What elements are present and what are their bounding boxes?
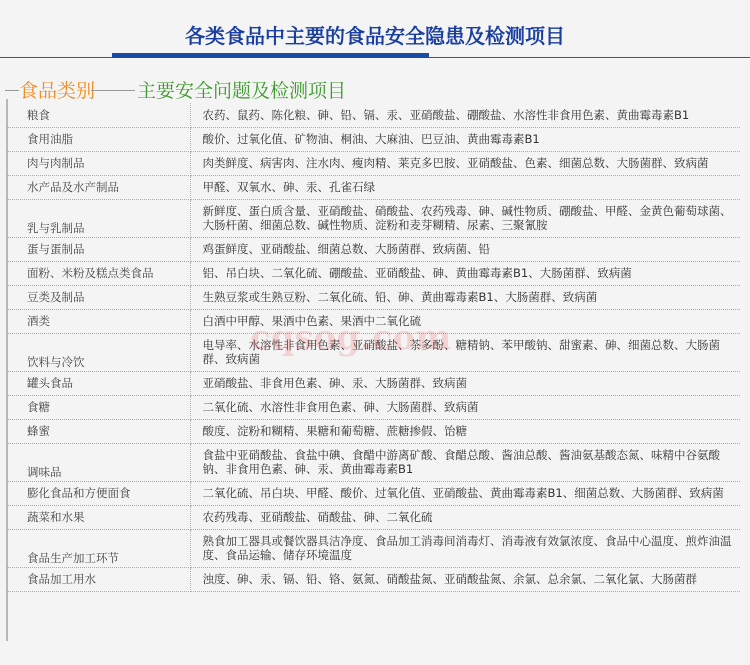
items-cell: 白酒中甲醇、果酒中色素、果酒中二氧化硫 [190,309,740,333]
items-cell: 甲醛、双氧水、砷、汞、孔雀石绿 [190,175,740,199]
table-row: 食用油脂酸价、过氧化值、矿物油、桐油、大麻油、巴豆油、黄曲霉毒素B1 [7,127,740,151]
category-cell: 水产品及水产制品 [7,175,190,199]
category-cell: 食糖 [7,395,190,419]
category-cell: 酒类 [7,309,190,333]
table-row: 食品加工用水浊度、砷、汞、镉、铅、铬、氨氮、硝酸盐氮、亚硝酸盐氮、余氯、总余氯、… [7,567,740,591]
table-row: 蜂蜜酸度、淀粉和糊精、果糖和葡萄糖、蔗糖掺假、饴糖 [7,419,740,443]
category-cell: 乳与乳制品 [7,199,190,237]
table-row: 豆类及制品生熟豆浆或生熟豆粉、二氧化硫、铅、砷、黄曲霉毒素B1、大肠菌群、致病菌 [7,285,740,309]
items-cell: 亚硝酸盐、非食用色素、砷、汞、大肠菌群、致病菌 [190,371,740,395]
table-row: 食糖二氧化硫、水溶性非食用色素、砷、大肠菌群、致病菌 [7,395,740,419]
category-cell: 膨化食品和方便面食 [7,481,190,505]
category-cell: 面粉、米粉及糕点类食品 [7,261,190,285]
title-underline-bar [112,53,429,58]
page-header: 各类食品中主要的食品安全隐患及检测项目 [0,0,750,60]
table-row: 调味品食盐中亚硝酸盐、食盐中碘、食醋中游离矿酸、食醋总酸、酱油总酸、酱油氨基酸态… [7,443,740,481]
food-safety-table: 粮食农药、鼠药、陈化粮、砷、铅、镉、汞、亚硝酸盐、硼酸盐、水溶性非食用色素、黄曲… [7,103,740,592]
items-cell: 生熟豆浆或生熟豆粉、二氧化硫、铅、砷、黄曲霉毒素B1、大肠菌群、致病菌 [190,285,740,309]
page-title: 各类食品中主要的食品安全隐患及检测项目 [0,20,750,49]
table-row: 蔬菜和水果农药残毒、亚硝酸盐、硝酸盐、砷、二氧化硫 [7,505,740,529]
category-heading: 食品类别 [19,76,95,103]
table-row: 面粉、米粉及糕点类食品铝、吊白块、二氧化硫、硼酸盐、亚硝酸盐、砷、黄曲霉毒素B1… [7,261,740,285]
items-cell: 二氧化硫、吊白块、甲醛、酸价、过氧化值、亚硝酸盐、黄曲霉毒素B1、细菌总数、大肠… [190,481,740,505]
table-row: 水产品及水产制品甲醛、双氧水、砷、汞、孔雀石绿 [7,175,740,199]
items-heading: 主要安全问题及检测项目 [137,76,346,103]
category-cell: 蔬菜和水果 [7,505,190,529]
items-cell: 酸价、过氧化值、矿物油、桐油、大麻油、巴豆油、黄曲霉毒素B1 [190,127,740,151]
category-cell: 豆类及制品 [7,285,190,309]
category-cell: 食品加工用水 [7,567,190,591]
table-row: 饮料与冷饮电导率、水溶性非食用色素、亚硝酸盐、茶多酚、糖精钠、苯甲酸钠、甜蜜素、… [7,333,740,371]
category-cell: 饮料与冷饮 [7,333,190,371]
category-cell: 调味品 [7,443,190,481]
items-cell: 鸡蛋鲜度、亚硝酸盐、细菌总数、大肠菌群、致病菌、铅 [190,237,740,261]
category-cell: 肉与肉制品 [7,151,190,175]
table-row: 酒类白酒中甲醇、果酒中色素、果酒中二氧化硫 [7,309,740,333]
items-cell: 酸度、淀粉和糊精、果糖和葡萄糖、蔗糖掺假、饴糖 [190,419,740,443]
table-row: 膨化食品和方便面食二氧化硫、吊白块、甲醛、酸价、过氧化值、亚硝酸盐、黄曲霉毒素B… [7,481,740,505]
category-cell: 罐头食品 [7,371,190,395]
table-row: 蛋与蛋制品鸡蛋鲜度、亚硝酸盐、细菌总数、大肠菌群、致病菌、铅 [7,237,740,261]
category-cell: 蛋与蛋制品 [7,237,190,261]
category-cell: 粮食 [7,103,190,127]
category-cell: 蜂蜜 [7,419,190,443]
table-row: 粮食农药、鼠药、陈化粮、砷、铅、镉、汞、亚硝酸盐、硼酸盐、水溶性非食用色素、黄曲… [7,103,740,127]
table-row: 肉与肉制品肉类鲜度、病害肉、注水肉、瘦肉精、莱克多巴胺、亚硝酸盐、色素、细菌总数… [7,151,740,175]
items-cell: 铝、吊白块、二氧化硫、硼酸盐、亚硝酸盐、砷、黄曲霉毒素B1、大肠菌群、致病菌 [190,261,740,285]
table-row: 乳与乳制品新鲜度、蛋白质含量、亚硝酸盐、硝酸盐、农药残毒、砷、碱性物质、硼酸盐、… [7,199,740,237]
category-cell: 食用油脂 [7,127,190,151]
table-row: 罐头食品亚硝酸盐、非食用色素、砷、汞、大肠菌群、致病菌 [7,371,740,395]
category-cell: 食品生产加工环节 [7,529,190,567]
items-cell: 熟食加工器具或餐饮器具洁净度、食品加工消毒间消毒灯、消毒液有效氯浓度、食品中心温… [190,529,740,567]
items-cell: 新鲜度、蛋白质含量、亚硝酸盐、硝酸盐、农药残毒、砷、碱性物质、硼酸盐、甲醛、金黄… [190,199,740,237]
decorative-line [91,90,135,91]
items-cell: 浊度、砷、汞、镉、铅、铬、氨氮、硝酸盐氮、亚硝酸盐氮、余氯、总余氯、二氧化氯、大… [190,567,740,591]
items-cell: 农药残毒、亚硝酸盐、硝酸盐、砷、二氧化硫 [190,505,740,529]
items-cell: 二氧化硫、水溶性非食用色素、砷、大肠菌群、致病菌 [190,395,740,419]
items-cell: 食盐中亚硝酸盐、食盐中碘、食醋中游离矿酸、食醋总酸、酱油总酸、酱油氨基酸态氮、味… [190,443,740,481]
items-cell: 农药、鼠药、陈化粮、砷、铅、镉、汞、亚硝酸盐、硼酸盐、水溶性非食用色素、黄曲霉毒… [190,103,740,127]
decorative-line [5,90,19,91]
table-row: 食品生产加工环节熟食加工器具或餐饮器具洁净度、食品加工消毒间消毒灯、消毒液有效氯… [7,529,740,567]
items-cell: 电导率、水溶性非食用色素、亚硝酸盐、茶多酚、糖精钠、苯甲酸钠、甜蜜素、砷、细菌总… [190,333,740,371]
items-cell: 肉类鲜度、病害肉、注水肉、瘦肉精、莱克多巴胺、亚硝酸盐、色素、细菌总数、大肠菌群… [190,151,740,175]
